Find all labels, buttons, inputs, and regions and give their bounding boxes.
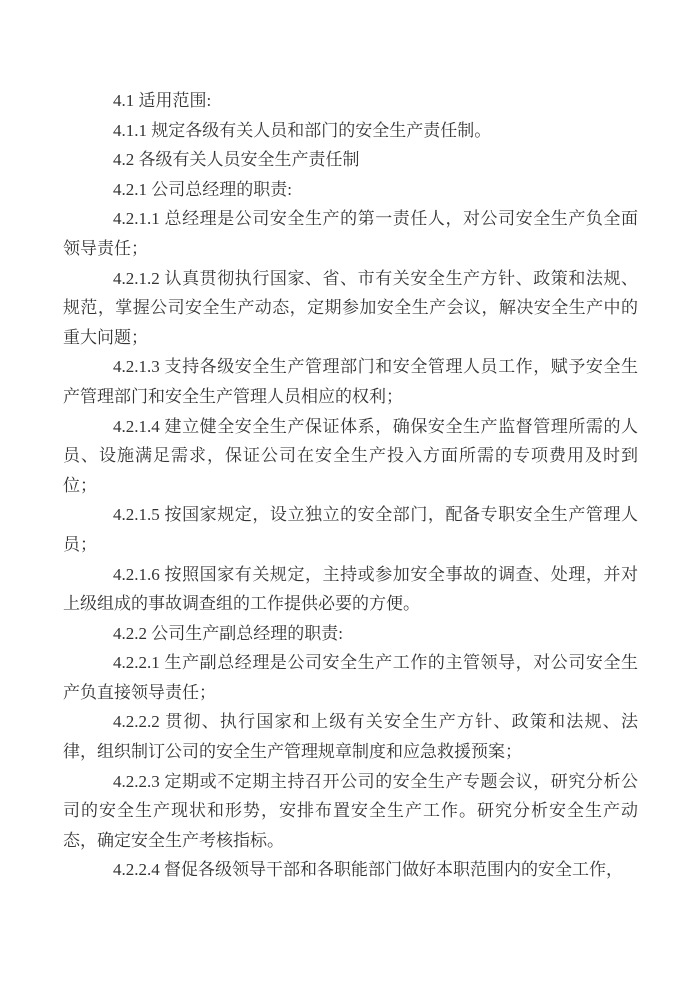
para-4-2-1-2: 4.2.1.2 认真贯彻执行国家、省、市有关安全生产方针、政策和法规、规范，掌握…	[63, 264, 638, 353]
para-4-2-1-5: 4.2.1.5 按国家规定，设立独立的安全部门，配备专职安全生产管理人员；	[63, 500, 638, 559]
para-4-2-2-2: 4.2.2.2 贯彻、执行国家和上级有关安全生产方针、政策和法规、法律，组织制订…	[63, 707, 638, 766]
para-4-2-2: 4.2.2 公司生产副总经理的职责:	[63, 619, 638, 649]
para-4-2-1-4: 4.2.1.4 建立健全安全生产保证体系，确保安全生产监督管理所需的人员、设施满…	[63, 412, 638, 501]
para-4-2-1-1: 4.2.1.1 总经理是公司安全生产的第一责任人，对公司安全生产负全面领导责任；	[63, 204, 638, 263]
para-4-2-2-3: 4.2.2.3 定期或不定期主持召开公司的安全生产专题会议，研究分析公司的安全生…	[63, 767, 638, 856]
para-4-2-1: 4.2.1 公司总经理的职责:	[63, 175, 638, 205]
para-4-2-2-4: 4.2.2.4 督促各级领导干部和各职能部门做好本职范围内的安全工作，	[63, 855, 638, 885]
para-4-2: 4.2 各级有关人员安全生产责任制	[63, 145, 638, 175]
para-4-1: 4.1 适用范围:	[63, 86, 638, 116]
document-page: 4.1 适用范围: 4.1.1 规定各级有关人员和部门的安全生产责任制。 4.2…	[0, 0, 700, 990]
para-4-2-2-1: 4.2.2.1 生产副总经理是公司安全生产工作的主管领导，对公司安全生产负直接领…	[63, 648, 638, 707]
para-4-2-1-6: 4.2.1.6 按照国家有关规定，主持或参加安全事故的调查、处理，并对上级组成的…	[63, 560, 638, 619]
para-4-2-1-3: 4.2.1.3 支持各级安全生产管理部门和安全管理人员工作，赋予安全生产管理部门…	[63, 352, 638, 411]
para-4-1-1: 4.1.1 规定各级有关人员和部门的安全生产责任制。	[63, 116, 638, 146]
